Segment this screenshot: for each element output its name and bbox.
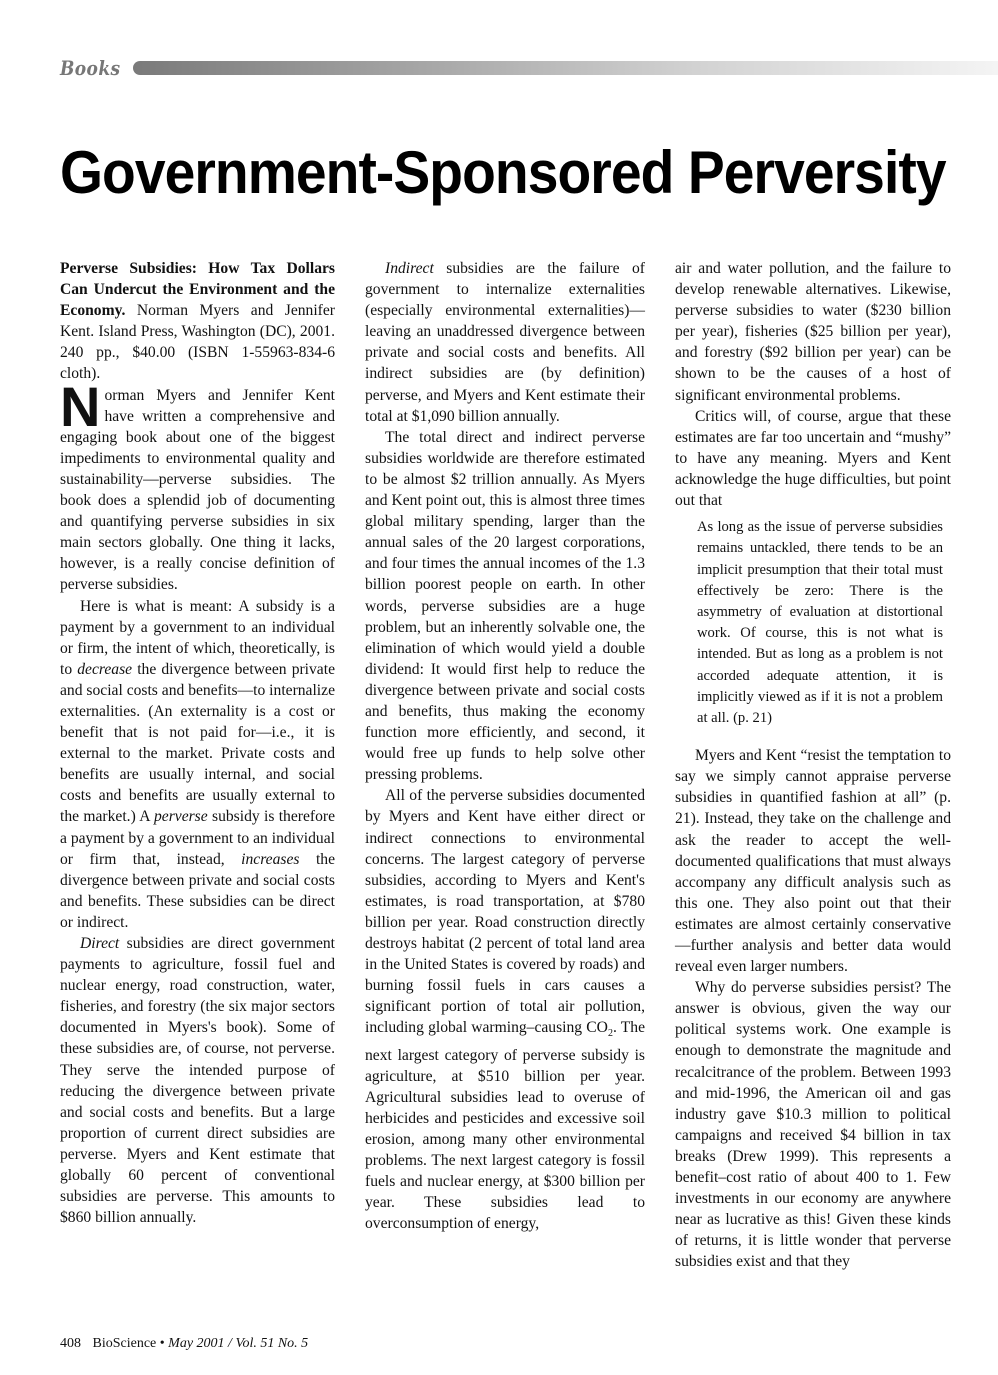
text-span: subsidies are direct government payments… [60,935,335,1226]
paragraph-definition: Here is what is meant: A subsidy is a pa… [60,596,335,934]
emphasis: Direct [80,935,119,952]
emphasis: increases [241,851,299,868]
text-span: All of the perverse subsidies documented… [365,787,645,1036]
paragraph-direct: Direct subsidies are direct government p… [60,933,335,1228]
paragraph-intro: Norman Myers and Jennifer Kent have writ… [60,385,335,596]
page-number: 408 [60,1336,81,1351]
paragraph-categories: All of the perverse subsidies documented… [365,785,645,1234]
footer-bullet: • [160,1336,165,1351]
paragraph-indirect: Indirect subsidies are the failure of go… [365,258,645,427]
paragraph-why-persist: Why do perverse subsidies persist? The a… [675,977,951,1272]
column-2: Indirect subsidies are the failure of go… [365,258,645,1234]
block-quote: As long as the issue of perverse subsidi… [697,517,943,729]
emphasis: Indirect [385,260,434,277]
paragraph-resist: Myers and Kent “resist the temptation to… [675,745,951,977]
paragraph-text: orman Myers and Jennifer Kent have writt… [60,387,335,594]
drop-cap: N [60,387,100,427]
emphasis: perverse [154,808,208,825]
page-footer: 408 BioScience • May 2001 / Vol. 51 No. … [60,1336,308,1352]
emphasis: decrease [77,661,132,678]
paragraph-critics: Critics will, of course, argue that thes… [675,406,951,511]
text-span: the divergence between private and socia… [60,661,335,826]
section-header: Books [60,54,998,82]
journal-name: BioScience [93,1336,157,1351]
text-span: air and water pollution, and the failure… [675,260,951,404]
text-span: subsidies are the failure of government … [365,260,645,425]
issue-info: May 2001 / Vol. 51 No. 5 [168,1336,308,1351]
book-reference: Perverse Subsidies: How Tax Dollars Can … [60,258,335,385]
header-gradient-bar [133,61,998,75]
paragraph-total: The total direct and indirect perverse s… [365,427,645,786]
column-1: Perverse Subsidies: How Tax Dollars Can … [60,258,335,1228]
article-title: Government-Sponsored Perversity [60,138,946,207]
paragraph-categories-continued: air and water pollution, and the failure… [675,258,951,406]
text-span: . The next largest category of perverse … [365,1019,645,1232]
column-3: air and water pollution, and the failure… [675,258,951,1273]
section-label: Books [60,56,121,80]
